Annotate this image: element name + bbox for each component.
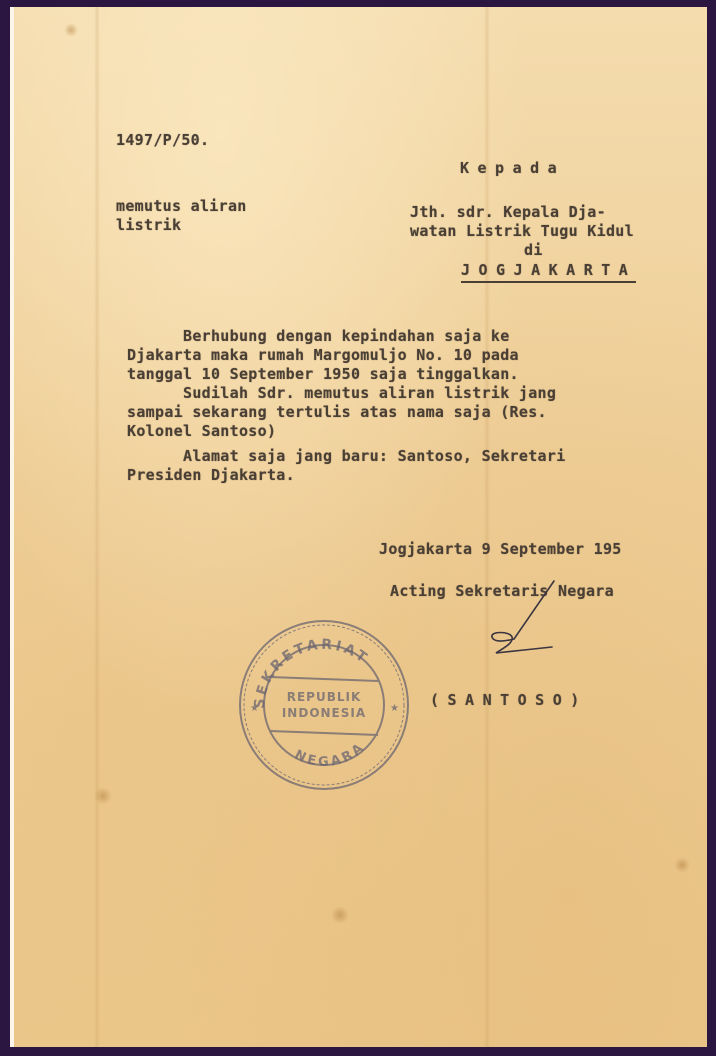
stain — [94, 787, 112, 805]
stain — [674, 857, 690, 873]
signer-name: (SANTOSO) — [430, 691, 588, 710]
body-line: Presiden Djakarta. — [127, 466, 295, 485]
body-line: Sudilah Sdr. memutus aliran listrik jang — [127, 384, 556, 403]
addressee-line-2: watan Listrik Tugu Kidul — [410, 222, 634, 241]
place-date: Jogjakarta 9 September 195 — [379, 540, 622, 559]
svg-text:★: ★ — [390, 703, 399, 714]
addressee-line-3: di — [524, 241, 543, 260]
svg-text:INDONESIA: INDONESIA — [282, 706, 366, 720]
svg-text:★: ★ — [250, 703, 259, 714]
subject-line-1: memutus aliran — [116, 197, 247, 216]
document-page: 1497/P/50. memutus aliran listrik Kepada… — [10, 7, 707, 1047]
reference-number: 1497/P/50. — [116, 131, 209, 150]
addressee-city: JOGJAKARTA — [461, 261, 636, 283]
subject-line-2: listrik — [116, 216, 181, 235]
signature-icon — [484, 577, 574, 667]
stain — [330, 907, 350, 923]
body-line: Djakarta maka rumah Margomuljo No. 10 pa… — [127, 346, 519, 365]
stain — [64, 23, 78, 37]
fold-line — [94, 7, 100, 1047]
body-line: Kolonel Santoso) — [127, 422, 276, 441]
svg-text:REPUBLIK: REPUBLIK — [287, 690, 362, 704]
official-stamp-icon: SEKRETARIAT NEGARA REPUBLIK INDONESIA ★ … — [236, 617, 412, 793]
body-line: sampai sekarang tertulis atas nama saja … — [127, 403, 547, 422]
body-line: tanggal 10 September 1950 saja tinggalka… — [127, 365, 519, 384]
svg-text:NEGARA: NEGARA — [292, 739, 369, 770]
salutation: Kepada — [460, 159, 565, 178]
body-line: Berhubung dengan kepindahan saja ke — [127, 327, 510, 346]
body-line: Alamat saja jang baru: Santoso, Sekretar… — [127, 447, 566, 466]
addressee-line-1: Jth. sdr. Kepala Dja- — [410, 203, 606, 222]
